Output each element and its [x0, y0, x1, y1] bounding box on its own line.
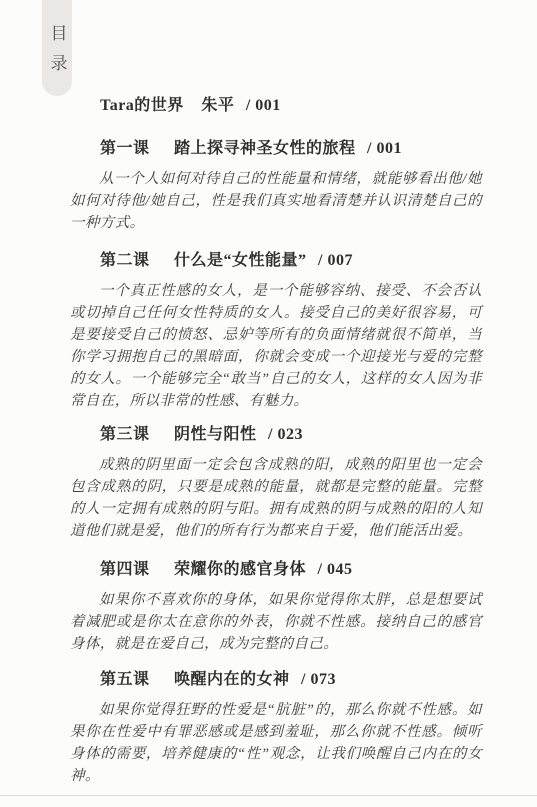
lesson-page-number: / 023: [268, 426, 303, 443]
lesson-summary: 从一个人如何对待自己的性能量和情绪，就能够看出他/她如何对待他/她自己，性是我们…: [70, 168, 482, 234]
lesson-heading: 第三课 阴性与阳性 / 023: [100, 424, 482, 446]
foreword-entry: Tara的世界 朱平 / 001: [100, 95, 482, 117]
lesson-page-number: / 007: [318, 252, 353, 269]
lesson-heading: 第五课 唤醒内在的女神 / 073: [100, 669, 482, 691]
page-bottom-edge: [0, 795, 537, 796]
lesson-number: 第四课: [100, 561, 150, 578]
lesson-heading: 第二课 什么是“女性能量” / 007: [100, 250, 482, 272]
lesson-heading: 第一课 踏上探寻神圣女性的旅程 / 001: [100, 138, 482, 160]
lesson-entry-2: 第二课 什么是“女性能量” / 007 一个真正性感的女人，是一个能够容纳、接受…: [70, 250, 482, 412]
lesson-number: 第二课: [100, 252, 150, 269]
lesson-title: 什么是“女性能量”: [174, 252, 307, 269]
lesson-number: 第五课: [100, 671, 150, 688]
toc-tab: 目录: [42, 0, 72, 96]
lesson-title: 阴性与阳性: [174, 426, 257, 443]
foreword-page-number: / 001: [246, 97, 281, 114]
lesson-page-number: / 001: [367, 140, 402, 157]
lesson-entry-3: 第三课 阴性与阳性 / 023 成熟的阴里面一定会包含成熟的阳，成熟的阳里也一定…: [70, 424, 482, 542]
lesson-summary: 如果你不喜欢你的身体，如果你觉得你太胖，总是想要试着减肥或是你太在意你的外表，你…: [70, 589, 482, 655]
lesson-number: 第三课: [100, 426, 150, 443]
lesson-page-number: / 073: [301, 671, 336, 688]
toc-tab-label: 目录: [45, 24, 70, 96]
lesson-summary: 一个真正性感的女人，是一个能够容纳、接受、不会否认或切掉自己任何女性特质的女人。…: [70, 280, 482, 412]
lesson-entry-1: 第一课 踏上探寻神圣女性的旅程 / 001 从一个人如何对待自己的性能量和情绪，…: [70, 138, 482, 234]
lesson-title: 踏上探寻神圣女性的旅程: [174, 140, 356, 157]
lesson-summary: 成熟的阴里面一定会包含成熟的阳，成熟的阳里也一定会包含成熟的阴，只要是成熟的能量…: [70, 454, 482, 542]
lesson-page-number: / 045: [318, 561, 353, 578]
lesson-title: 荣耀你的感官身体: [174, 561, 306, 578]
lesson-summary: 如果你觉得狂野的性爱是“肮脏”的，那么你就不性感。如果你在性爱中有罪恶感或是感到…: [70, 699, 482, 787]
foreword-author: 朱平: [201, 97, 234, 114]
lesson-entry-4: 第四课 荣耀你的感官身体 / 045 如果你不喜欢你的身体，如果你觉得你太胖，总…: [70, 559, 482, 655]
lesson-title: 唤醒内在的女神: [174, 671, 290, 688]
lesson-heading: 第四课 荣耀你的感官身体 / 045: [100, 559, 482, 581]
lesson-number: 第一课: [100, 140, 150, 157]
lesson-entry-5: 第五课 唤醒内在的女神 / 073 如果你觉得狂野的性爱是“肮脏”的，那么你就不…: [70, 669, 482, 787]
foreword-title: Tara的世界: [100, 97, 184, 114]
toc-content: Tara的世界 朱平 / 001 第一课 踏上探寻神圣女性的旅程 / 001 从…: [70, 95, 482, 787]
toc-page: 目录 Tara的世界 朱平 / 001 第一课 踏上探寻神圣女性的旅程 / 00…: [0, 0, 537, 807]
